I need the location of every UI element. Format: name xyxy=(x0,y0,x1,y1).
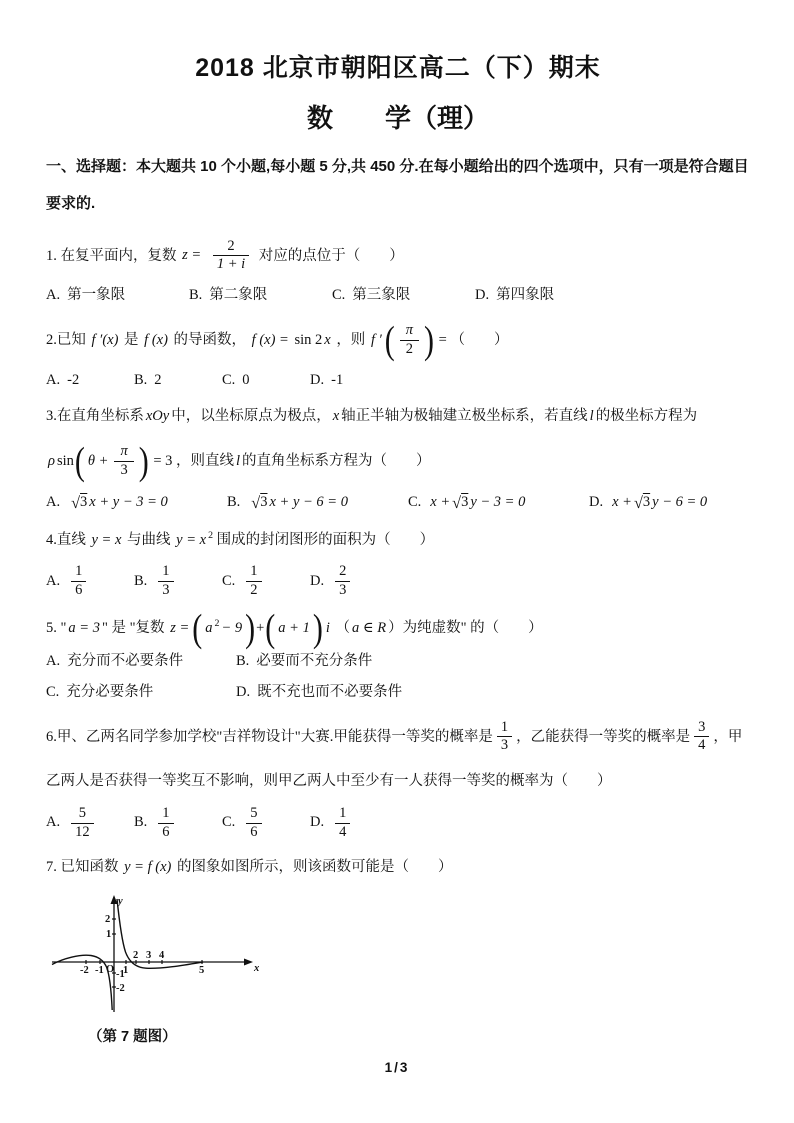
q6-option-a: A.512 xyxy=(46,803,134,844)
q2-text-mid2: 的导函数， xyxy=(174,332,247,348)
q3-option-a-radicand: 3 xyxy=(80,492,87,514)
x-tick-label: 2 xyxy=(133,950,138,961)
q2-rparen: ) xyxy=(424,323,434,358)
q3-text-post1: ，则直线 xyxy=(176,453,234,469)
q6-text-1: 6.甲、乙两名同学参加学校"吉祥物设计"大赛.甲能获得一等奖的概率是 xyxy=(46,728,493,744)
question-4-options: A.16 B.13 C.12 D.23 xyxy=(46,561,750,602)
q6-option-a-label: A. xyxy=(46,812,60,834)
q2-option-d-label: D. xyxy=(310,370,324,392)
q4-option-a-label: A. xyxy=(46,571,60,593)
q3-option-c-radicand: 3 xyxy=(461,492,468,514)
q4-option-b-den: 3 xyxy=(158,581,173,599)
q3-option-d-label: D. xyxy=(589,492,603,514)
q3-option-a-label: A. xyxy=(46,492,60,514)
q5-text-3: （ xyxy=(335,620,350,636)
q6-option-c-label: C. xyxy=(222,812,235,834)
x-tick-label: 3 xyxy=(146,950,151,961)
q3-text-mid3: 的极坐标方程为 xyxy=(596,408,698,424)
q2-option-c-text: 0 xyxy=(242,370,249,392)
q2-fprime2: f ′ xyxy=(371,332,382,348)
q2-sin-var: x xyxy=(324,332,330,348)
q2-option-b-label: B. xyxy=(134,370,147,392)
q3-option-d-pre: x + xyxy=(612,492,632,514)
q2-eq-pre: f (x) = xyxy=(252,332,289,348)
q3-option-c-expr: y − 3 = 0 xyxy=(470,492,525,514)
q3-sin: sin xyxy=(57,453,74,469)
q1-var: z = xyxy=(182,247,201,263)
axis-ticks xyxy=(86,919,202,987)
q5-rparen1: ) xyxy=(245,611,255,646)
q4-option-d: D.23 xyxy=(310,561,354,602)
q5-i: i xyxy=(326,620,330,636)
q4-var2: y = x xyxy=(176,532,206,548)
q1-frac-num: 2 xyxy=(211,239,251,256)
q4-option-d-fraction: 23 xyxy=(335,564,350,599)
q4-option-a-den: 6 xyxy=(71,581,86,599)
q2-option-b: B.2 xyxy=(134,370,222,392)
q4-option-a-num: 1 xyxy=(71,564,86,581)
q4-option-a: A.16 xyxy=(46,561,134,602)
q2-frac-den: 2 xyxy=(400,340,419,358)
q6-fraction-2: 34 xyxy=(694,720,709,755)
q7-figure-caption: （第 7 题图） xyxy=(88,1025,290,1046)
q6-option-d: D.14 xyxy=(310,803,354,844)
q3-option-b-label: B. xyxy=(227,492,240,514)
q3-option-c-pre: x + xyxy=(430,492,450,514)
question-4-stem: 4.直线 y = x 与曲线 y = x2 围成的封闭图形的面积为（ ） xyxy=(46,528,750,552)
q1-option-a-text: 第一象限 xyxy=(67,285,125,307)
q7-function-graph: -2 -1 O 1 2 3 4 5 2 1 -1 -2 y x xyxy=(50,894,280,1019)
q2-option-d-text: -1 xyxy=(331,370,343,392)
question-5-stem: 5. "a = 3" 是 "复数 z =(a2− 9)+(a + 1)i （a … xyxy=(46,615,750,642)
q5-rparen2: ) xyxy=(313,611,323,646)
question-3-options: A.√3x + y − 3 = 0 B.√3x + y − 6 = 0 C.x … xyxy=(46,491,750,515)
q6-option-c-num: 5 xyxy=(246,806,261,823)
q3-frac-den: 3 xyxy=(114,461,133,479)
q6-option-b-fraction: 16 xyxy=(158,806,173,841)
question-1-options: A.第一象限 B.第二象限 C.第三象限 D.第四象限 xyxy=(46,285,750,307)
q6-option-d-fraction: 14 xyxy=(335,806,350,841)
q6-option-a-fraction: 512 xyxy=(71,806,94,841)
question-4: 4.直线 y = x 与曲线 y = x2 围成的封闭图形的面积为（ ） A.1… xyxy=(46,528,750,602)
q6-frac2-num: 3 xyxy=(694,720,709,737)
q2-option-c: C.0 xyxy=(222,370,310,392)
q4-option-b-num: 1 xyxy=(158,564,173,581)
q1-option-c-label: C. xyxy=(332,285,345,307)
q5-option-d-text: 既不充也而不必要条件 xyxy=(257,682,402,704)
question-6-options: A.512 B.16 C.56 D.14 xyxy=(46,803,750,844)
q3-option-c: C.x +√3y − 3 = 0 xyxy=(408,491,589,515)
q1-option-d-label: D. xyxy=(475,285,489,307)
q3-option-b-radicand: 3 xyxy=(260,492,267,514)
q4-var1: y = x xyxy=(92,532,122,548)
q3-text-mid1: 中，以坐标原点为极点， xyxy=(171,408,331,424)
q5-option-c-label: C. xyxy=(46,682,59,704)
q5-option-b: B.必要而不充分条件 xyxy=(236,651,372,673)
q3-option-a: A.√3x + y − 3 = 0 xyxy=(46,491,227,515)
q5-option-c: C.充分必要条件 xyxy=(46,682,236,704)
origin-label: O xyxy=(106,964,114,975)
q5-minus9: − 9 xyxy=(221,620,242,636)
q5-lparen1: ( xyxy=(192,611,202,646)
q3-option-d-expr: y − 6 = 0 xyxy=(652,492,707,514)
q7-var: y = f (x) xyxy=(124,859,171,875)
q2-option-c-label: C. xyxy=(222,370,235,392)
q4-text-pre: 4.直线 xyxy=(46,532,86,548)
q3-rparen: ) xyxy=(139,444,149,479)
y-tick-label: -2 xyxy=(116,983,125,994)
q5-option-a: A.充分而不必要条件 xyxy=(46,651,236,673)
q6-fraction-1: 13 xyxy=(497,720,512,755)
q4-text-post: 围成的封闭图形的面积为（ ） xyxy=(217,532,435,548)
q5-text-4: ）为纯虚数" 的（ ） xyxy=(388,620,543,636)
q3-var-xoy: xOy xyxy=(146,408,169,424)
x-tick-label: -1 xyxy=(95,965,104,976)
q1-option-a-label: A. xyxy=(46,285,60,307)
q5-a-plus-1: a + 1 xyxy=(278,620,310,636)
q3-option-b-expr: x + y − 6 = 0 xyxy=(269,492,347,514)
q1-option-b-label: B. xyxy=(189,285,202,307)
q3-option-d-radicand: 3 xyxy=(643,492,650,514)
q2-option-b-text: 2 xyxy=(154,370,161,392)
q3-option-a-expr: x + y − 3 = 0 xyxy=(89,492,167,514)
q4-option-c-num: 1 xyxy=(246,564,261,581)
q5-option-c-text: 充分必要条件 xyxy=(66,682,153,704)
q4-option-b-label: B. xyxy=(134,571,147,593)
exam-title: 2018 北京市朝阳区高二（下）期末 xyxy=(46,48,750,84)
question-6-stem-line2: 乙两人是否获得一等奖互不影响，则甲乙两人中至少有一人获得一等奖的概率为（ ） xyxy=(46,770,750,793)
q1-fraction: 2 1 + i xyxy=(211,239,251,274)
q2-fraction: π2 xyxy=(400,323,419,358)
q1-option-c-text: 第三象限 xyxy=(352,285,410,307)
exam-page: 2018 北京市朝阳区高二（下）期末 数 学（理） 一、选择题：本大题共 10 … xyxy=(0,0,794,1123)
q5-option-d: D.既不充也而不必要条件 xyxy=(236,682,402,704)
q6-option-d-label: D. xyxy=(310,812,324,834)
question-1: 1. 在复平面内，复数 z = 2 1 + i 对应的点位于（ ） A.第一象限… xyxy=(46,236,750,308)
q2-option-d: D.-1 xyxy=(310,370,343,392)
x-tick-label: 4 xyxy=(159,950,165,961)
q6-option-d-den: 4 xyxy=(335,823,350,841)
q6-option-b-num: 1 xyxy=(158,806,173,823)
q6-option-b: B.16 xyxy=(134,803,222,844)
q4-option-c-label: C. xyxy=(222,571,235,593)
q2-option-a: A.-2 xyxy=(46,370,134,392)
q4-text-mid: 与曲线 xyxy=(127,532,171,548)
question-2-stem: 2.已知 f ′(x) 是 f (x) 的导函数， f (x) = sin 2x… xyxy=(46,320,750,361)
q3-var-x: x xyxy=(333,408,339,424)
q6-option-b-den: 6 xyxy=(158,823,173,841)
question-6: 6.甲、乙两名同学参加学校"吉祥物设计"大赛.甲能获得一等奖的概率是13，乙能获… xyxy=(46,717,750,844)
q6-frac2-den: 4 xyxy=(694,736,709,754)
q5-text-1: 5. " xyxy=(46,620,66,636)
q4-option-d-den: 3 xyxy=(335,581,350,599)
q5-a-in-r: a ∈ R xyxy=(352,620,386,636)
q5-exponent: 2 xyxy=(215,618,220,629)
y-axis-label: y xyxy=(116,896,123,907)
q6-option-c-fraction: 56 xyxy=(246,806,261,841)
section-instructions: 一、选择题：本大题共 10 个小题,每小题 5 分,共 450 分.在每小题给出… xyxy=(46,149,750,223)
q5-plus: + xyxy=(256,620,264,636)
curve-left-branch xyxy=(52,955,112,1010)
subject-title: 数 学（理） xyxy=(46,98,750,135)
y-tick-label: 2 xyxy=(105,914,110,925)
q4-option-c-den: 2 xyxy=(246,581,261,599)
q6-option-a-den: 12 xyxy=(71,823,94,841)
question-3-stem-line1: 3.在直角坐标系xOy中，以坐标原点为极点，x轴正半轴为极轴建立极坐标系，若直线… xyxy=(46,405,750,428)
page-number: 1/3 xyxy=(0,1060,794,1075)
q1-option-a: A.第一象限 xyxy=(46,285,189,307)
q2-option-a-label: A. xyxy=(46,370,60,392)
q2-option-a-text: -2 xyxy=(67,370,79,392)
q1-option-b: B.第二象限 xyxy=(189,285,332,307)
q3-rho: ρ xyxy=(48,453,55,469)
q3-option-d-radical-icon: √ xyxy=(634,491,643,515)
question-3: 3.在直角坐标系xOy中，以坐标原点为极点，x轴正半轴为极轴建立极坐标系，若直线… xyxy=(46,405,750,515)
q6-option-c: C.56 xyxy=(222,803,310,844)
q2-fprime: f ′(x) xyxy=(92,332,119,348)
q6-option-b-label: B. xyxy=(134,812,147,834)
q1-option-d-text: 第四象限 xyxy=(496,285,554,307)
q6-option-d-num: 1 xyxy=(335,806,350,823)
q6-option-a-num: 5 xyxy=(71,806,94,823)
question-5: 5. "a = 3" 是 "复数 z =(a2− 9)+(a + 1)i （a … xyxy=(46,615,750,704)
q3-text-mid2: 轴正半轴为极轴建立极坐标系，若直线 xyxy=(341,408,588,424)
q3-frac-num: π xyxy=(116,444,131,461)
q1-text-pre: 1. 在复平面内，复数 xyxy=(46,247,177,263)
q7-text-post: 的图象如图所示，则该函数可能是（ ） xyxy=(177,859,453,875)
q2-f: f (x) xyxy=(144,332,168,348)
q3-option-b-radical-icon: √ xyxy=(251,491,260,515)
question-2: 2.已知 f ′(x) 是 f (x) 的导函数， f (x) = sin 2x… xyxy=(46,320,750,392)
q5-option-a-label: A. xyxy=(46,651,60,673)
y-tick-label: -1 xyxy=(116,969,125,980)
q4-option-c-fraction: 12 xyxy=(246,564,261,599)
q3-text-post2: 的直角坐标系方程为（ ） xyxy=(242,453,431,469)
q6-frac1-num: 1 xyxy=(497,720,512,737)
q2-frac-num: π xyxy=(402,323,417,340)
q6-frac1-den: 3 xyxy=(497,736,512,754)
q5-option-a-text: 充分而不必要条件 xyxy=(67,651,183,673)
x-axis-arrow-icon xyxy=(244,958,253,965)
question-7: 7. 已知函数 y = f (x) 的图象如图所示，则该函数可能是（ ） xyxy=(46,856,750,1045)
q2-text-post: = （ ） xyxy=(439,332,509,348)
q1-option-b-text: 第二象限 xyxy=(209,285,267,307)
q3-fraction: π3 xyxy=(114,444,133,479)
q4-option-c: C.12 xyxy=(222,561,310,602)
q2-text-pre: 2.已知 xyxy=(46,332,86,348)
q1-option-d: D.第四象限 xyxy=(475,285,554,307)
question-6-stem-line1: 6.甲、乙两名同学参加学校"吉祥物设计"大赛.甲能获得一等奖的概率是13，乙能获… xyxy=(46,717,750,758)
q5-text-2: " 是 "复数 xyxy=(102,620,165,636)
q5-a2: a xyxy=(205,620,212,636)
q3-var-l2: l xyxy=(236,453,240,469)
q3-option-b: B.√3x + y − 6 = 0 xyxy=(227,491,408,515)
q4-option-a-fraction: 16 xyxy=(71,564,86,599)
q7-text-pre: 7. 已知函数 xyxy=(46,859,119,875)
q3-option-a-radical-icon: √ xyxy=(71,491,80,515)
q6-text-2: ，乙能获得一等奖的概率是 xyxy=(516,728,690,744)
q3-eq: = 3 xyxy=(153,453,172,469)
q2-sin: sin 2 xyxy=(294,332,322,348)
q1-option-c: C.第三象限 xyxy=(332,285,475,307)
q3-text-pre: 3.在直角坐标系 xyxy=(46,408,144,424)
q5-var-a: a = 3 xyxy=(68,620,100,636)
q4-option-d-num: 2 xyxy=(335,564,350,581)
q1-frac-den: 1 + i xyxy=(213,255,249,273)
question-2-options: A.-2 B.2 C.0 D.-1 xyxy=(46,370,750,392)
q6-option-c-den: 6 xyxy=(246,823,261,841)
q5-option-d-label: D. xyxy=(236,682,250,704)
q2-text-mid1: 是 xyxy=(124,332,139,348)
q3-option-d: D.x +√3y − 6 = 0 xyxy=(589,491,709,515)
q3-option-c-radical-icon: √ xyxy=(452,491,461,515)
question-3-formula-line: ρsin(θ +π3) = 3 ，则直线l的直角坐标系方程为（ ） xyxy=(46,441,750,482)
question-5-options-row2: C.充分必要条件 D.既不充也而不必要条件 xyxy=(46,682,750,704)
q5-option-b-text: 必要而不充分条件 xyxy=(256,651,372,673)
q3-var-l: l xyxy=(590,408,594,424)
q4-exponent: 2 xyxy=(208,530,213,541)
question-1-stem: 1. 在复平面内，复数 z = 2 1 + i 对应的点位于（ ） xyxy=(46,236,750,277)
q4-option-b: B.13 xyxy=(134,561,222,602)
y-tick-label: 1 xyxy=(106,929,111,940)
q4-option-d-label: D. xyxy=(310,571,324,593)
q3-theta: θ + xyxy=(88,453,109,469)
q3-lparen: ( xyxy=(75,444,85,479)
q2-lparen: ( xyxy=(385,323,395,358)
x-axis-label: x xyxy=(253,963,259,974)
q7-figure: -2 -1 O 1 2 3 4 5 2 1 -1 -2 y x （第 7 题图） xyxy=(50,894,290,1046)
q3-option-c-label: C. xyxy=(408,492,421,514)
q2-text-mid3: ，则 xyxy=(336,332,365,348)
x-tick-label: 5 xyxy=(199,965,204,976)
question-7-stem: 7. 已知函数 y = f (x) 的图象如图所示，则该函数可能是（ ） xyxy=(46,856,750,879)
q5-var-z: z = xyxy=(170,620,189,636)
q6-text-3: ，甲 xyxy=(713,728,742,744)
q5-option-b-label: B. xyxy=(236,651,249,673)
question-5-options-row1: A.充分而不必要条件 B.必要而不充分条件 xyxy=(46,651,750,673)
q1-text-post: 对应的点位于（ ） xyxy=(259,247,404,263)
q4-option-b-fraction: 13 xyxy=(158,564,173,599)
q5-lparen2: ( xyxy=(265,611,275,646)
x-tick-label: -2 xyxy=(80,965,89,976)
